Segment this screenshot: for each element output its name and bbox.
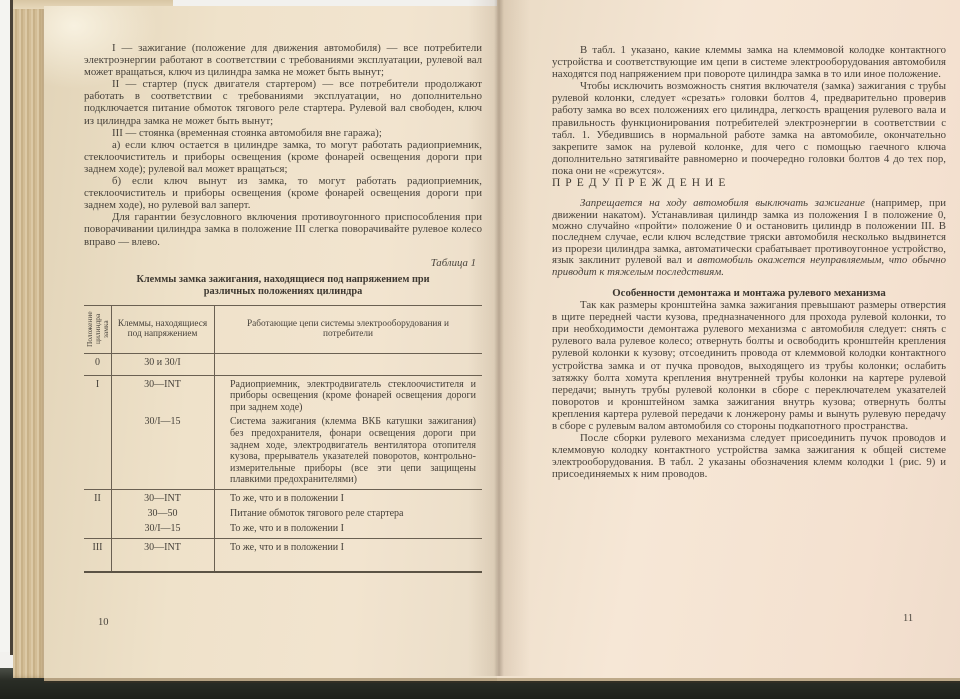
book-scan: I — зажигание (положение для движения ав…	[0, 0, 960, 699]
paragraph: б) если ключ вынут из замка, то могут ра…	[84, 175, 482, 211]
warning-italic-lead: Запрещается на ходу автомобиля выключать…	[580, 197, 865, 209]
cell-circuit: Питание обмоток тягового реле стартера	[214, 508, 482, 520]
section-heading: Особенности демонтажа и монтажа рулевого…	[552, 287, 946, 299]
cell-position: I	[84, 379, 111, 414]
cell-position: 0	[84, 357, 111, 369]
cell-circuit: Система зажигания (клемма ВКБ катушки за…	[214, 416, 482, 486]
cell-circuit: То же, что и в положении I	[214, 542, 482, 554]
paragraph: Чтобы исключить возможность снятия включ…	[552, 80, 946, 177]
paragraph: В табл. 1 указано, какие клеммы замка на…	[552, 44, 946, 80]
table-header-position: Положение цилиндра замка	[84, 307, 111, 351]
cell-terminal: 30—INT	[111, 493, 214, 505]
table-caption: Таблица 1	[84, 257, 482, 269]
table-header-row: Положение цилиндра замка Клеммы, находящ…	[84, 306, 482, 354]
paragraph: II — стартер (пуск двигателя стартером) …	[84, 78, 482, 126]
warning-heading: ПРЕДУПРЕЖДЕНИЕ	[552, 177, 946, 189]
cell-position: II	[84, 493, 111, 505]
table-header-circuits: Работающие цепи системы электрооборудова…	[214, 317, 482, 341]
terminals-table: Положение цилиндра замка Клеммы, находящ…	[84, 305, 482, 573]
paragraph: После сборки рулевого механизма следует …	[552, 432, 946, 480]
cell-position: III	[84, 542, 111, 554]
paragraph: III — стоянка (временная стоянка автомоб…	[84, 127, 482, 139]
cell-terminal: 30/I—15	[111, 416, 214, 486]
table-title: Клеммы замка зажигания, находящиеся под …	[117, 274, 449, 298]
table-vertical-rule	[111, 306, 112, 571]
page-fore-edges	[13, 6, 46, 678]
table-row: I 30—INT Радиоприемник, электродвигатель…	[84, 376, 482, 490]
cell-circuit: То же, что и в положении I	[214, 523, 482, 535]
page-left: I — зажигание (положение для движения ав…	[44, 6, 497, 681]
page-number-left: 10	[98, 617, 109, 628]
cell-terminal: 30/I—15	[111, 523, 214, 535]
right-page-text-block: В табл. 1 указано, какие клеммы замка на…	[552, 44, 946, 480]
table-vertical-rule	[214, 306, 215, 571]
cell-terminal: 30 и 30/I	[111, 357, 214, 369]
cell-terminal: 30—50	[111, 508, 214, 520]
cell-terminal: 30—INT	[111, 542, 214, 554]
table-row: 0 30 и 30/I	[84, 354, 482, 376]
cell-circuit: Радиоприемник, электродвигатель стеклооч…	[214, 379, 482, 414]
paragraph: I — зажигание (положение для движения ав…	[84, 42, 482, 78]
cell-terminal: 30—INT	[111, 379, 214, 414]
page-number-right: 11	[903, 613, 913, 624]
table-header-terminals: Клеммы, находящиеся под напряжением	[111, 317, 214, 341]
warning-paragraph: Запрещается на ходу автомобиля выключать…	[552, 198, 946, 278]
paragraph: а) если ключ остается в цилиндре замка, …	[84, 139, 482, 175]
table-row: II 30—INT То же, что и в положении I 30—…	[84, 490, 482, 539]
paragraph: Для гарантии безусловного включения прот…	[84, 211, 482, 247]
table-row: III 30—INT То же, что и в положении I	[84, 539, 482, 571]
page-right: В табл. 1 указано, какие клеммы замка на…	[497, 0, 960, 681]
paragraph: Так как размеры кронштейна замка зажиган…	[552, 299, 946, 432]
left-page-text-block: I — зажигание (положение для движения ав…	[84, 42, 482, 573]
cell-circuit	[214, 357, 482, 369]
cell-circuit: То же, что и в положении I	[214, 493, 482, 505]
